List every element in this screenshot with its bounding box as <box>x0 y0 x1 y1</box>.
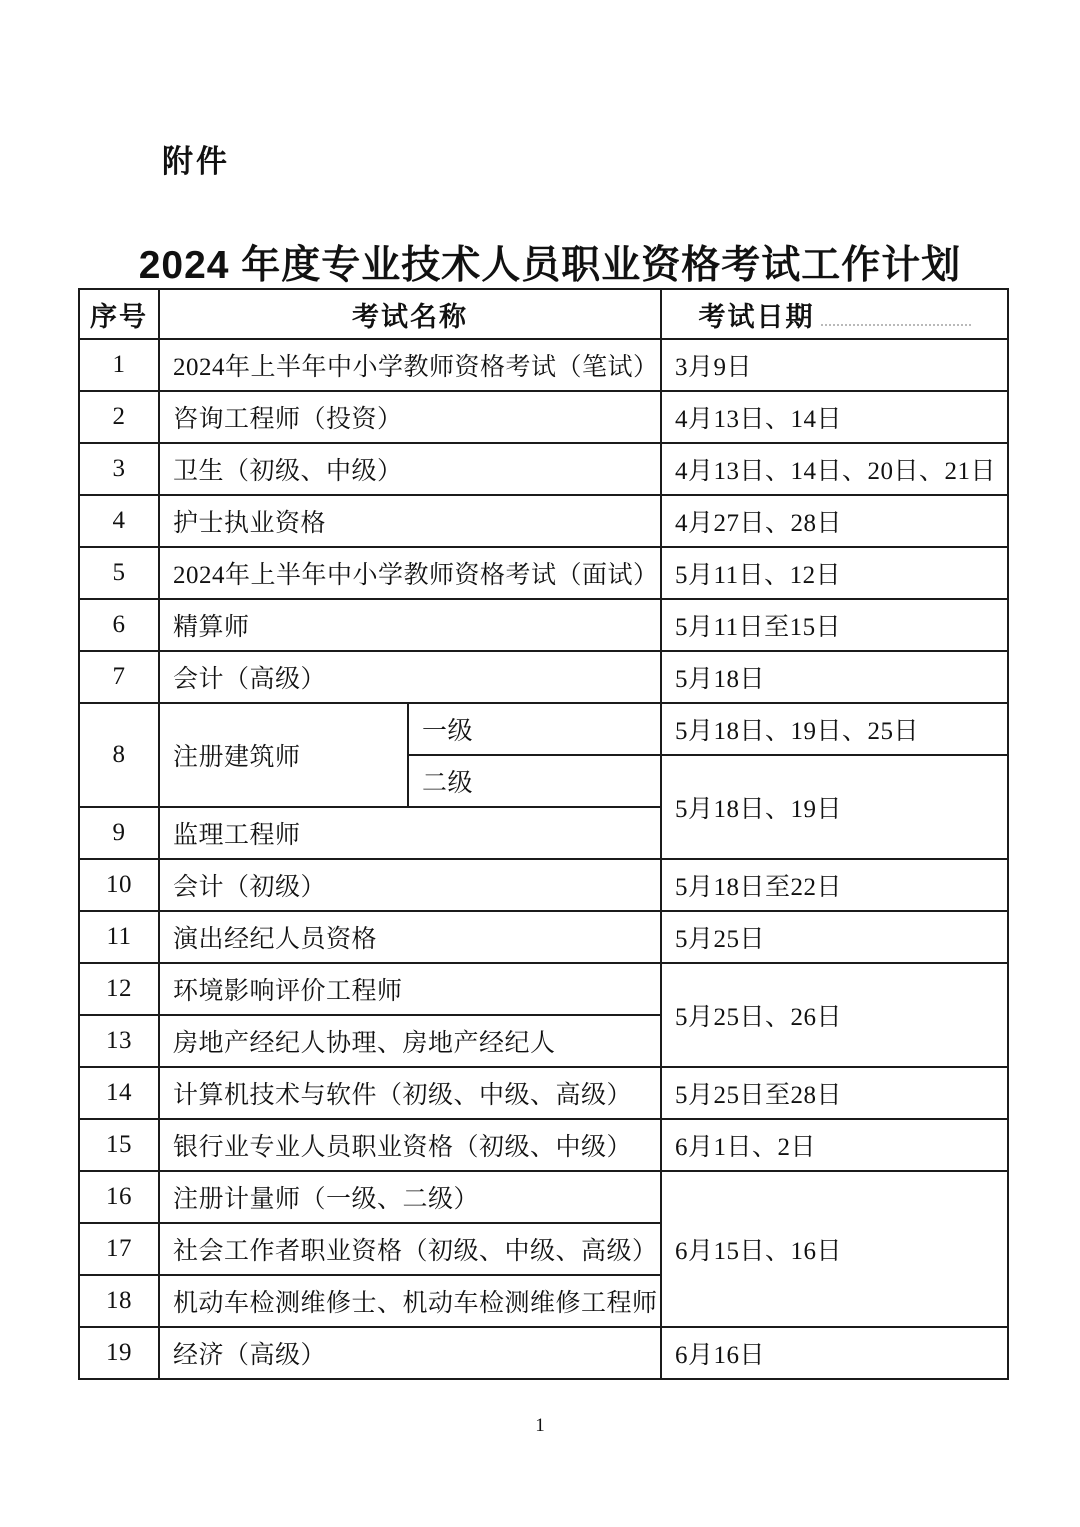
exam-date-cell: 5月11日至15日 <box>661 599 1008 651</box>
exam-name-cell: 社会工作者职业资格（初级、中级、高级） <box>159 1223 661 1275</box>
exam-name-cell: 咨询工程师（投资） <box>159 391 661 443</box>
table-row: 8 注册建筑师 一级 5月18日、19日、25日 <box>79 703 1008 755</box>
table-row: 11 演出经纪人员资格 5月25日 <box>79 911 1008 963</box>
row-number-cell: 13 <box>79 1015 159 1067</box>
row-number-cell: 5 <box>79 547 159 599</box>
header-index: 序号 <box>79 289 159 339</box>
exam-name-cell: 房地产经纪人协理、房地产经纪人 <box>159 1015 661 1067</box>
exam-date-cell: 5月25日至28日 <box>661 1067 1008 1119</box>
exam-schedule-table: 序号 考试名称 考试日期 1 2024年上半年中小学教师资格考试（笔试） 3月9… <box>78 288 1009 1380</box>
table-row: 2 咨询工程师（投资） 4月13日、14日 <box>79 391 1008 443</box>
row-number-cell: 18 <box>79 1275 159 1327</box>
table-row: 6 精算师 5月11日至15日 <box>79 599 1008 651</box>
row-number-cell: 17 <box>79 1223 159 1275</box>
exam-date-cell: 5月18日、19日、25日 <box>661 703 1008 755</box>
page-number: 1 <box>0 1415 1080 1437</box>
row-number-cell: 7 <box>79 651 159 703</box>
exam-name-cell: 经济（高级） <box>159 1327 661 1379</box>
table-row: 5 2024年上半年中小学教师资格考试（面试） 5月11日、12日 <box>79 547 1008 599</box>
table-row: 10 会计（初级） 5月18日至22日 <box>79 859 1008 911</box>
table-header-row: 序号 考试名称 考试日期 <box>79 289 1008 339</box>
exam-name-cell: 计算机技术与软件（初级、中级、高级） <box>159 1067 661 1119</box>
header-exam-name: 考试名称 <box>159 289 661 339</box>
exam-date-cell: 6月15日、16日 <box>661 1171 1008 1327</box>
row-number-cell: 1 <box>79 339 159 391</box>
exam-name-cell: 会计（高级） <box>159 651 661 703</box>
exam-date-cell: 6月16日 <box>661 1327 1008 1379</box>
row-number-cell: 4 <box>79 495 159 547</box>
exam-name-cell: 演出经纪人员资格 <box>159 911 661 963</box>
row-number-cell: 15 <box>79 1119 159 1171</box>
exam-date-cell: 5月18日至22日 <box>661 859 1008 911</box>
row-number-cell: 10 <box>79 859 159 911</box>
row-number-cell: 2 <box>79 391 159 443</box>
exam-date-cell: 3月9日 <box>661 339 1008 391</box>
row-number-cell: 16 <box>79 1171 159 1223</box>
table-row: 4 护士执业资格 4月27日、28日 <box>79 495 1008 547</box>
table-row: 3 卫生（初级、中级） 4月13日、14日、20日、21日 <box>79 443 1008 495</box>
exam-name-cell: 精算师 <box>159 599 661 651</box>
exam-name-cell: 卫生（初级、中级） <box>159 443 661 495</box>
exam-date-cell: 4月13日、14日、20日、21日 <box>661 443 1008 495</box>
exam-name-cell: 2024年上半年中小学教师资格考试（面试） <box>159 547 661 599</box>
document-title: 2024 年度专业技术人员职业资格考试工作计划 <box>10 234 1080 290</box>
exam-name-cell: 2024年上半年中小学教师资格考试（笔试） <box>159 339 661 391</box>
exam-date-cell: 5月18日、19日 <box>661 755 1008 859</box>
table-row: 12 环境影响评价工程师 5月25日、26日 <box>79 963 1008 1015</box>
exam-date-cell: 4月13日、14日 <box>661 391 1008 443</box>
document-page: 附件 2024 年度专业技术人员职业资格考试工作计划 序号 考试名称 考试日期 … <box>0 0 1080 1527</box>
exam-name-cell: 环境影响评价工程师 <box>159 963 661 1015</box>
exam-level-cell: 二级 <box>408 755 661 807</box>
row-number-cell: 8 <box>79 703 159 807</box>
table-row: 19 经济（高级） 6月16日 <box>79 1327 1008 1379</box>
scan-dotted-line <box>821 324 971 326</box>
exam-name-cell: 注册计量师（一级、二级） <box>159 1171 661 1223</box>
row-number-cell: 3 <box>79 443 159 495</box>
row-number-cell: 9 <box>79 807 159 859</box>
exam-name-cell: 护士执业资格 <box>159 495 661 547</box>
row-number-cell: 19 <box>79 1327 159 1379</box>
table-row: 15 银行业专业人员职业资格（初级、中级） 6月1日、2日 <box>79 1119 1008 1171</box>
exam-date-cell: 5月25日、26日 <box>661 963 1008 1067</box>
exam-name-cell: 银行业专业人员职业资格（初级、中级） <box>159 1119 661 1171</box>
exam-level-cell: 一级 <box>408 703 661 755</box>
exam-date-cell: 5月11日、12日 <box>661 547 1008 599</box>
header-exam-date-text: 考试日期 <box>699 302 815 332</box>
exam-date-cell: 5月25日 <box>661 911 1008 963</box>
exam-name-cell: 机动车检测维修士、机动车检测维修工程师 <box>159 1275 661 1327</box>
row-number-cell: 11 <box>79 911 159 963</box>
attachment-label: 附件 <box>162 136 230 181</box>
exam-date-cell: 5月18日 <box>661 651 1008 703</box>
exam-date-cell: 4月27日、28日 <box>661 495 1008 547</box>
row-number-cell: 6 <box>79 599 159 651</box>
table-row: 16 注册计量师（一级、二级） 6月15日、16日 <box>79 1171 1008 1223</box>
row-number-cell: 12 <box>79 963 159 1015</box>
table-row: 1 2024年上半年中小学教师资格考试（笔试） 3月9日 <box>79 339 1008 391</box>
exam-name-cell: 监理工程师 <box>159 807 661 859</box>
exam-name-cell: 会计（初级） <box>159 859 661 911</box>
row-number-cell: 14 <box>79 1067 159 1119</box>
exam-date-cell: 6月1日、2日 <box>661 1119 1008 1171</box>
exam-name-cell: 注册建筑师 <box>159 703 408 807</box>
header-exam-date: 考试日期 <box>661 289 1008 339</box>
table-row: 14 计算机技术与软件（初级、中级、高级） 5月25日至28日 <box>79 1067 1008 1119</box>
table-row: 7 会计（高级） 5月18日 <box>79 651 1008 703</box>
